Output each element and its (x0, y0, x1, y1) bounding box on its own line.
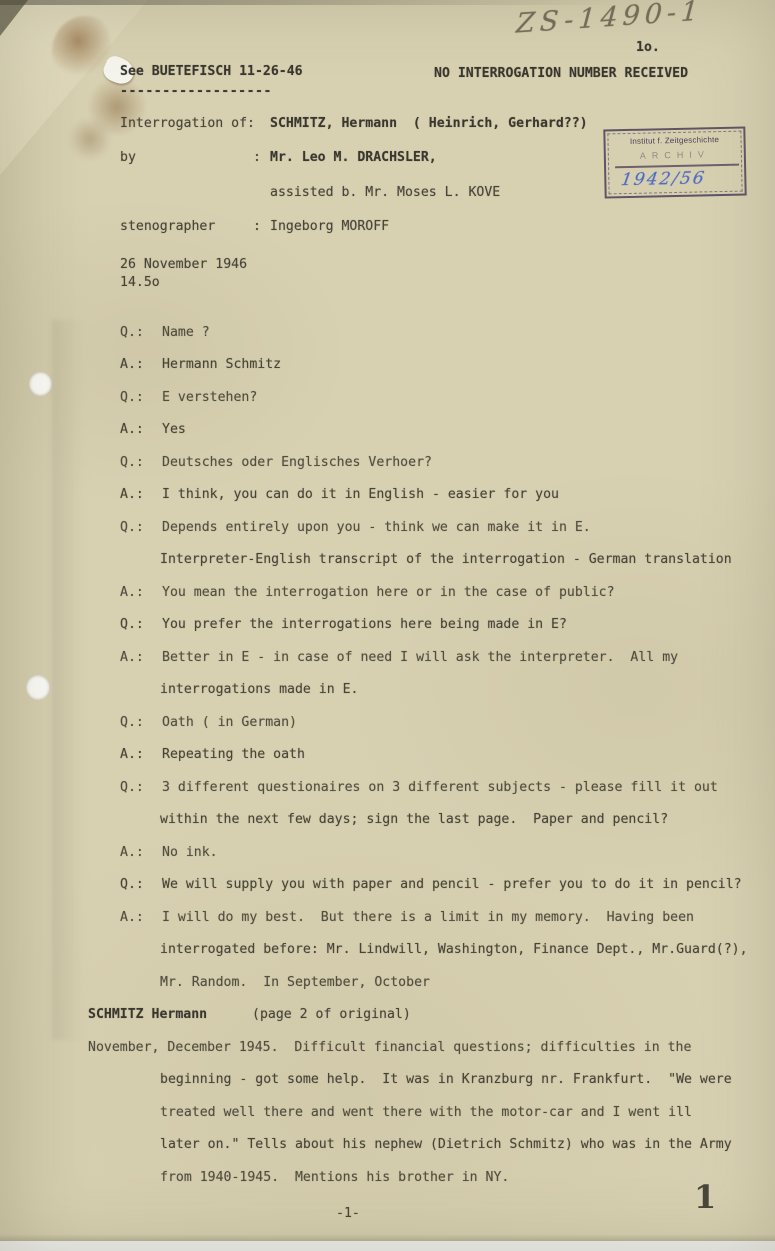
line-label: Q.: (120, 455, 162, 470)
line-text: I think, you can do it in English - easi… (162, 487, 559, 502)
document-page: ZS-1490-1 1o. See BUETEFISCH 11-26-46 --… (0, 0, 775, 1251)
line-label: Q.: (120, 390, 162, 405)
line-text: interrogations made in E. (160, 682, 359, 697)
qa-line: Q.:You prefer the interrogations here be… (88, 609, 773, 642)
qa-line: A.:Better in E - in case of need I will … (88, 641, 773, 674)
line-text: You mean the interrogation here or in th… (162, 585, 615, 600)
qa-line: A.:You mean the interrogation here or in… (88, 576, 773, 609)
qa-line: A.:I think, you can do it in English - e… (88, 479, 773, 512)
archive-stamp-institute-line: Institut f. Zeitgeschichte (612, 135, 736, 147)
punch-hole (26, 675, 50, 700)
interrogation-date: 26 November 1946 (120, 257, 247, 273)
line-text: Mr. Random. In September, October (160, 975, 430, 990)
line-text: We will supply you with paper and pencil… (162, 877, 742, 892)
qa-line: Q.:Oath ( in German) (88, 706, 773, 739)
line-label: A.: (120, 747, 162, 762)
assistant-name: assisted b. Mr. Moses L. KOVE (270, 185, 500, 201)
no-interrogation-number-note: NO INTERROGATION NUMBER RECEIVED (434, 66, 688, 82)
line-text: from 1940-1945. Mentions his brother in … (160, 1170, 509, 1185)
line-text: You prefer the interrogations here being… (162, 617, 567, 632)
by-label: by (120, 150, 136, 166)
scan-background-strip (0, 1241, 775, 1251)
line-text: Hermann Schmitz (162, 357, 281, 372)
typed-line: within the next few days; sign the last … (88, 804, 773, 837)
page-number: -1- (336, 1206, 360, 1222)
line-text: E verstehen? (162, 390, 257, 405)
archive-stamp-inner-border: Institut f. Zeitgeschichte ARCHIV 1942/5… (607, 131, 742, 195)
line-text: later on." Tells about his nephew (Dietr… (160, 1137, 732, 1152)
line-label: A.: (120, 357, 162, 372)
qa-line: A.:I will do my best. But there is a lim… (88, 901, 773, 934)
line-label: Q.: (120, 780, 162, 795)
archive-stamp-number-handwritten: 1942/56 (611, 164, 739, 192)
archive-stamp-archiv-line: ARCHIV (613, 149, 737, 162)
by-colon: : (253, 150, 261, 166)
typed-line: from 1940-1945. Mentions his brother in … (88, 1161, 773, 1194)
paper-crease (52, 320, 82, 1040)
line-text: (page 2 of original) (252, 1007, 411, 1022)
stenographer-label: stenographer (120, 219, 215, 235)
typed-line: beginning - got some help. It was in Kra… (88, 1064, 773, 1097)
line-label: A.: (120, 910, 162, 925)
qa-line: Q.:Deutsches oder Englisches Verhoer? (88, 446, 773, 479)
line-text: Better in E - in case of need I will ask… (162, 650, 678, 665)
qa-line: Q.:We will supply you with paper and pen… (88, 869, 773, 902)
typed-line: SCHMITZ Hermann(page 2 of original) (88, 999, 773, 1032)
interrogation-of-label: Interrogation of: (120, 116, 255, 132)
line-text: No ink. (162, 845, 218, 860)
page-marker: 1o. (636, 40, 660, 56)
line-label: Q.: (120, 617, 162, 632)
line-text: Repeating the oath (162, 747, 305, 762)
qa-line: Q.:3 different questionaires on 3 differ… (88, 771, 773, 804)
qa-line: A.:No ink. (88, 836, 773, 869)
line-label: Q.: (120, 715, 162, 730)
interrogator-name: Mr. Leo M. DRACHSLER, (270, 150, 437, 166)
line-text: treated well there and went there with t… (160, 1105, 692, 1120)
line-label: Q.: (120, 520, 162, 535)
qa-line: Q.:Name ? (88, 316, 773, 349)
paper-top-edge (0, 0, 620, 5)
typed-line: Interpreter-English transcript of the in… (88, 544, 773, 577)
line-label: A.: (120, 422, 162, 437)
line-label: A.: (120, 487, 162, 502)
line-label: A.: (120, 845, 162, 860)
stenographer-colon: : (253, 219, 261, 235)
qa-line: A.:Repeating the oath (88, 739, 773, 772)
subject-name: SCHMITZ, Hermann ( Heinrich, Gerhard??) (270, 116, 588, 132)
line-text: beginning - got some help. It was in Kra… (160, 1072, 732, 1087)
handwritten-archive-number: ZS-1490-1 (515, 0, 704, 40)
line-text: November, December 1945. Difficult finan… (88, 1040, 691, 1055)
reference-underline: ------------------ (120, 84, 272, 100)
typed-line: November, December 1945. Difficult finan… (88, 1031, 773, 1064)
line-text: Yes (162, 422, 186, 437)
qa-line: Q.:E verstehen? (88, 381, 773, 414)
line-text: 3 different questionaires on 3 different… (162, 780, 718, 795)
qa-line: A.:Hermann Schmitz (88, 349, 773, 382)
stamped-page-number: 1 (694, 1178, 716, 1216)
qa-line: A.:Yes (88, 414, 773, 447)
line-label: A.: (120, 650, 162, 665)
line-text: Oath ( in German) (162, 715, 297, 730)
line-text: Name ? (162, 325, 210, 340)
line-label: Q.: (120, 877, 162, 892)
line-text: within the next few days; sign the last … (160, 812, 668, 827)
stenographer-name: Ingeborg MOROFF (270, 219, 389, 235)
typed-line: Mr. Random. In September, October (88, 966, 773, 999)
line-text: I will do my best. But there is a limit … (162, 910, 694, 925)
line-text: Depends entirely upon you - think we can… (162, 520, 591, 535)
qa-line: Q.:Depends entirely upon you - think we … (88, 511, 773, 544)
typed-line: interrogations made in E. (88, 674, 773, 707)
typed-line: treated well there and went there with t… (88, 1096, 773, 1129)
interrogation-time: 14.5o (120, 275, 160, 291)
archive-stamp: Institut f. Zeitgeschichte ARCHIV 1942/5… (603, 127, 746, 199)
line-label: Q.: (120, 325, 162, 340)
body-lines: Q.:Name ?A.:Hermann SchmitzQ.:E verstehe… (88, 316, 773, 1194)
typed-line: later on." Tells about his nephew (Dietr… (88, 1129, 773, 1162)
punch-hole (29, 372, 52, 396)
line-text: interrogated before: Mr. Lindwill, Washi… (160, 942, 748, 957)
line-label: A.: (120, 585, 162, 600)
rust-stain (68, 118, 112, 160)
line-text: Interpreter-English transcript of the in… (160, 552, 732, 567)
line-text: Deutsches oder Englisches Verhoer? (162, 455, 432, 470)
reference-note: See BUETEFISCH 11-26-46 (120, 64, 303, 80)
typed-line: interrogated before: Mr. Lindwill, Washi… (88, 934, 773, 967)
line-label: SCHMITZ Hermann (88, 1007, 252, 1022)
